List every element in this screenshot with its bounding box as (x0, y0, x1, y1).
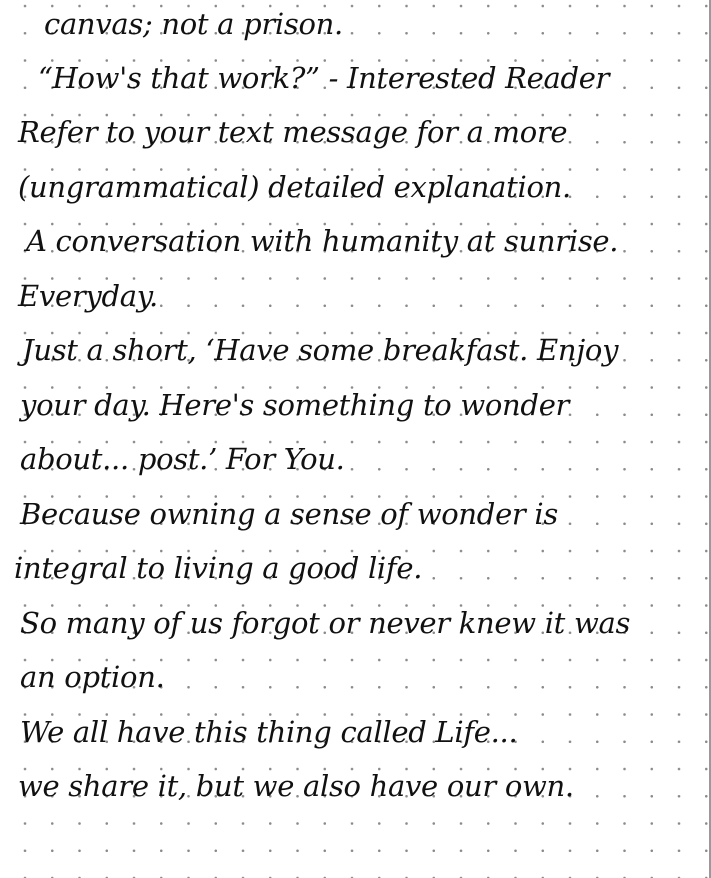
handwritten-line-9: about... post.’ For You. (20, 445, 345, 474)
handwritten-line-2: “How's that work?” - Interested Reader (38, 64, 609, 93)
handwritten-line-15: we share it, but we also have our own. (18, 772, 574, 801)
handwritten-line-12: So many of us forgot or never knew it wa… (20, 609, 630, 638)
handwritten-line-11: integral to living a good life. (14, 554, 422, 583)
handwritten-line-14: We all have this thing called Life... (20, 718, 517, 747)
handwritten-line-7: Just a short, ‘Have some breakfast. Enjo… (22, 336, 618, 365)
handwritten-line-1: canvas; not a prison. (44, 10, 343, 39)
handwritten-line-13: an option. (20, 663, 165, 692)
handwritten-line-4: (ungrammatical) detailed explanation. (18, 173, 571, 202)
handwritten-line-5: A conversation with humanity at sunrise. (26, 227, 618, 256)
handwritten-line-3: Refer to your text message for a more (18, 118, 567, 147)
dot-grid-page: canvas; not a prison. “How's that work?”… (0, 0, 711, 878)
handwritten-line-6: Everyday. (18, 282, 158, 311)
handwritten-line-10: Because owning a sense of wonder is (20, 500, 558, 529)
handwritten-line-8: your day. Here's something to wonder (20, 391, 569, 420)
